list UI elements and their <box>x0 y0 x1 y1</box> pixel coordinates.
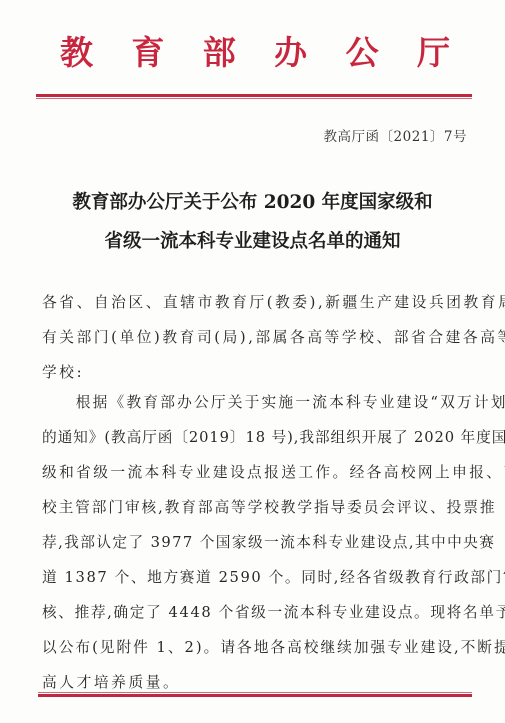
body-line: 荐,我部认定了 3977 个国家级一流本科专业建设点,其中中央赛 <box>42 525 470 560</box>
footer-red-rule <box>38 692 472 697</box>
masthead-char: 公 <box>346 28 379 78</box>
body-line: 根据《教育部办公厅关于实施一流本科专业建设“双万计划” <box>42 385 470 420</box>
rule-thick-line <box>38 694 472 697</box>
masthead-title: 教 育 部 办 公 厅 <box>60 28 450 78</box>
body-paragraph: 根据《教育部办公厅关于实施一流本科专业建设“双万计划” 的通知》(教高厅函〔20… <box>42 385 470 700</box>
body-line: 的通知》(教高厅函〔2019〕18 号),我部组织开展了 2020 年度国家 <box>42 420 470 455</box>
body-line: 级和省级一流本科专业建设点报送工作。经各高校网上申报、高 <box>42 455 470 490</box>
masthead-char: 办 <box>274 28 307 78</box>
document-number: 教高厅函〔2021〕7号 <box>324 125 467 145</box>
masthead-char: 厅 <box>417 28 450 78</box>
masthead-char: 部 <box>203 28 236 78</box>
masthead-char: 育 <box>131 28 164 78</box>
masthead-red-rule <box>36 94 472 99</box>
addressee-line: 有关部门(单位)教育司(局),部属各高等学校、部省合建各高等 <box>42 320 470 355</box>
body-line: 核、推荐,确定了 4448 个省级一流本科专业建设点。现将名单予 <box>42 595 470 630</box>
body-line: 以公布(见附件 1、2)。请各地各高校继续加强专业建设,不断提 <box>42 630 470 665</box>
addressee-line: 各省、自治区、直辖市教育厅(教委),新疆生产建设兵团教育局, <box>42 285 470 320</box>
body-line: 道 1387 个、地方赛道 2590 个。同时,经各省级教育行政部门审 <box>42 560 470 595</box>
addressee-block: 各省、自治区、直辖市教育厅(教委),新疆生产建设兵团教育局, 有关部门(单位)教… <box>42 285 470 390</box>
document-title-line-2: 省级一流本科专业建设点名单的通知 <box>0 227 505 253</box>
body-line: 校主管部门审核,教育部高等学校教学指导委员会评议、投票推 <box>42 490 470 525</box>
masthead-char: 教 <box>60 28 93 78</box>
rule-thin-line <box>36 98 472 99</box>
document-title-line-1: 教育部办公厅关于公布 2020 年度国家级和 <box>0 188 505 214</box>
